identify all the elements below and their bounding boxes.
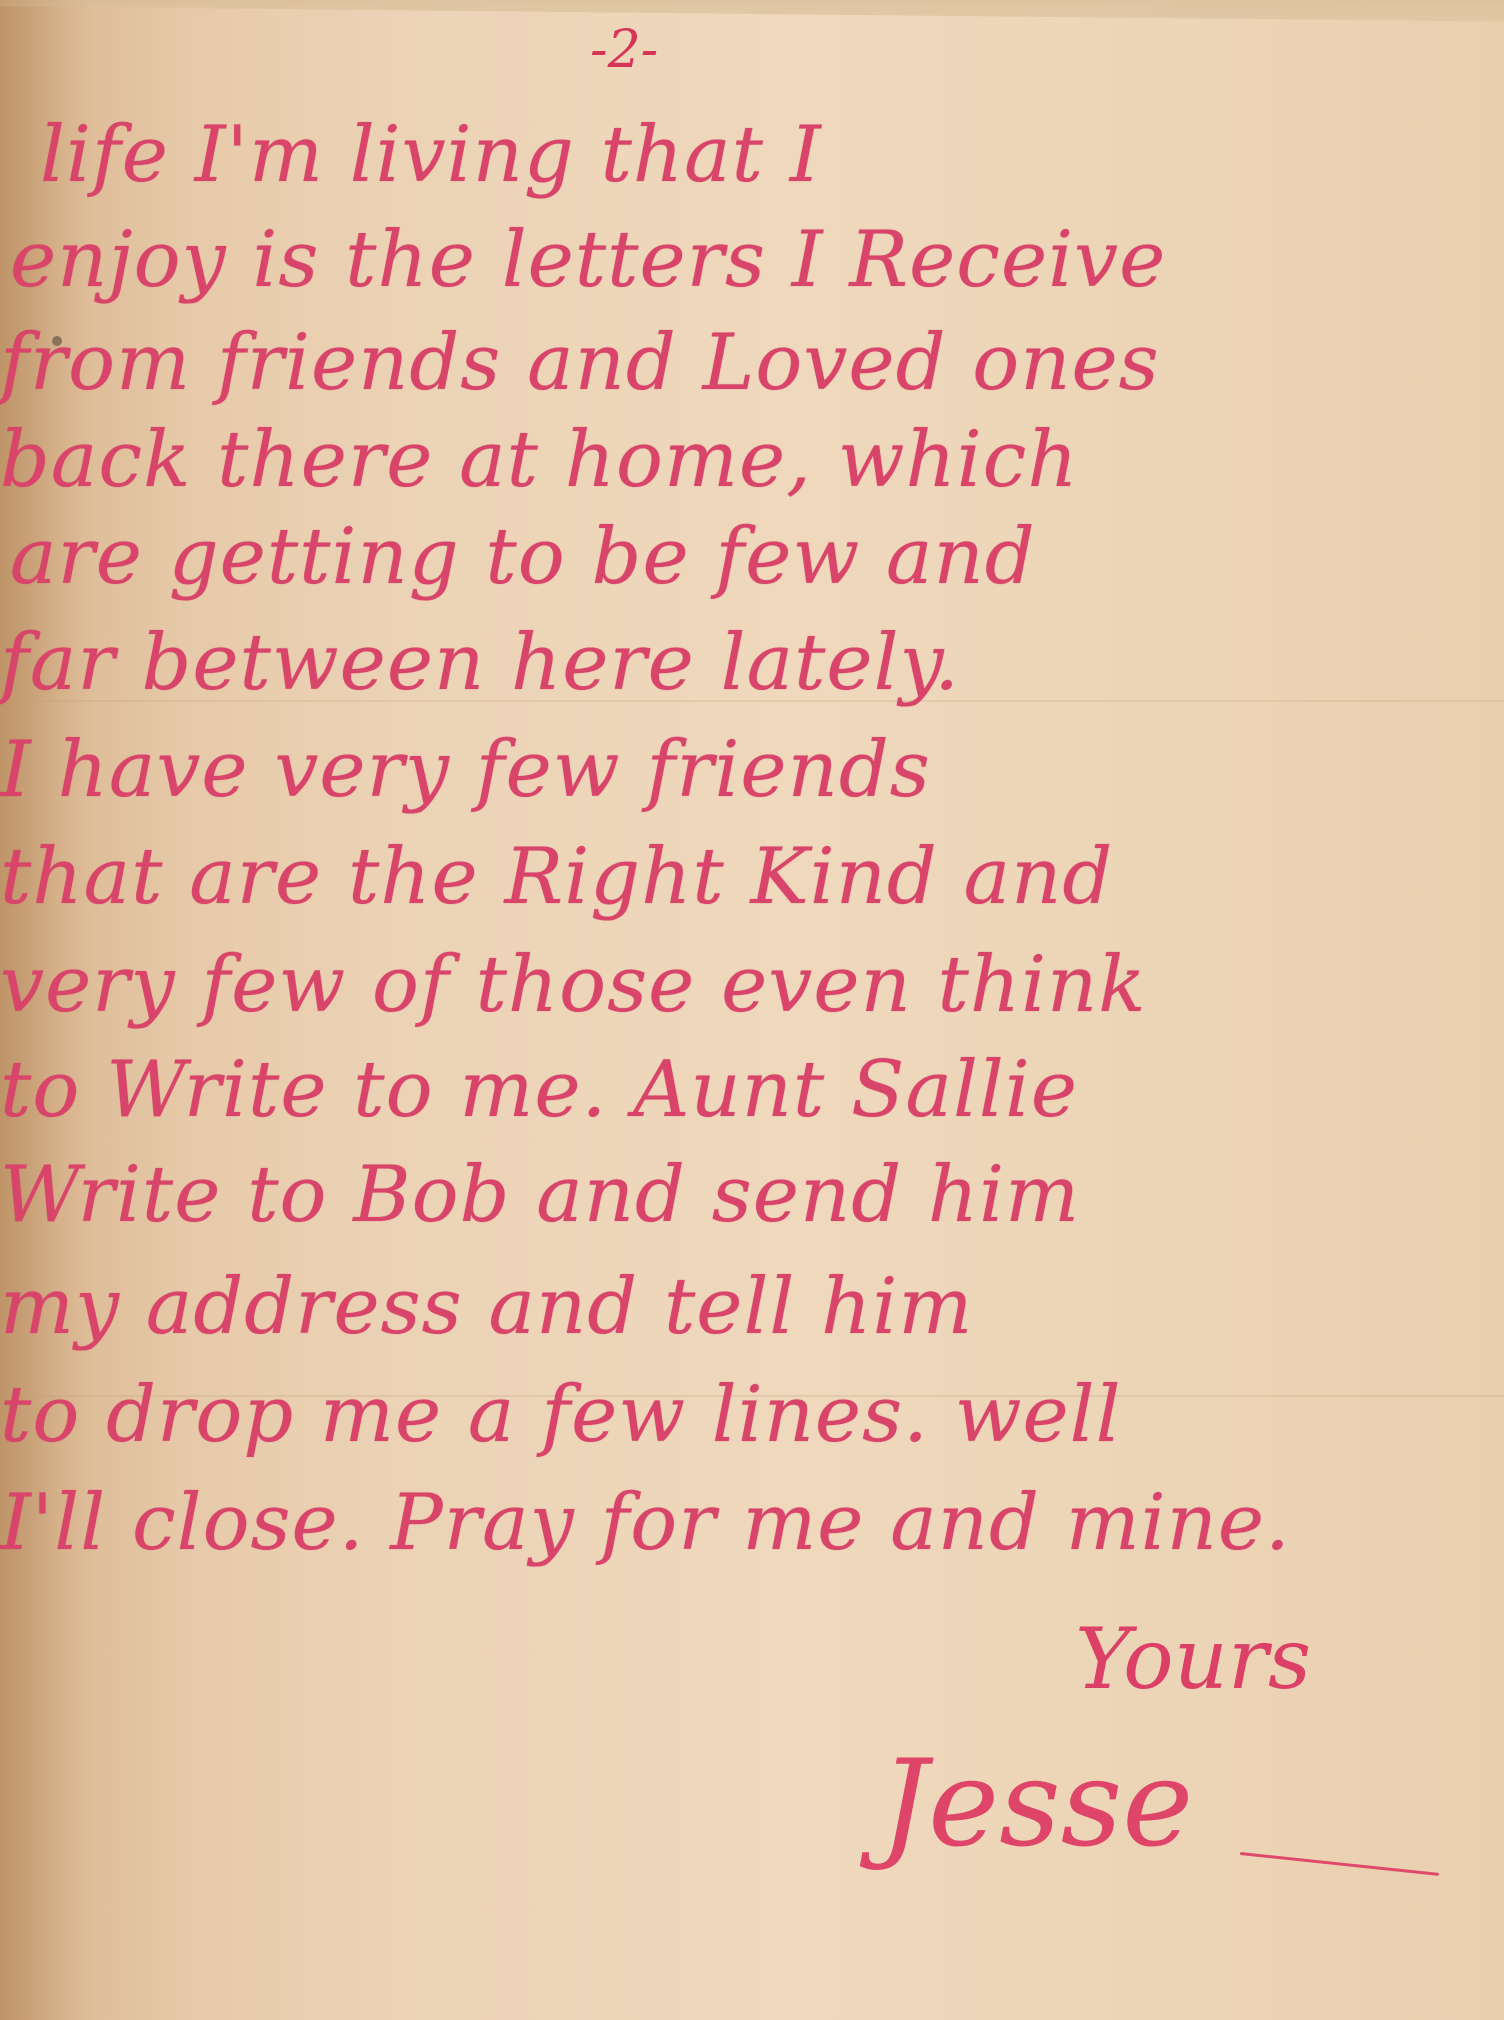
letter-line-3: from friends and Loved ones <box>0 318 1160 408</box>
letter-signature: Jesse <box>880 1735 1193 1874</box>
signature-flourish <box>1240 1852 1439 1876</box>
letter-line-13: to drop me a few lines. well <box>0 1370 1122 1460</box>
letter-line-12: my address and tell him <box>0 1262 973 1352</box>
letter-page: { "document": { "type": "handwritten-let… <box>0 0 1504 2020</box>
letter-line-6: far between here lately. <box>0 618 960 708</box>
letter-line-14: I'll close. Pray for me and mine. <box>0 1478 1291 1568</box>
letter-closing: Yours <box>1075 1610 1311 1708</box>
letter-line-1: life I'm living that I <box>40 110 822 200</box>
letter-line-4: back there at home, which <box>0 415 1079 505</box>
letter-body: -2- life I'm living that I enjoy is the … <box>0 0 1504 2020</box>
letter-line-7: I have very few friends <box>0 725 931 815</box>
letter-line-10: to Write to me. Aunt Sallie <box>0 1045 1078 1135</box>
letter-line-9: very few of those even think <box>0 940 1147 1030</box>
letter-line-8: that are the Right Kind and <box>0 832 1113 922</box>
letter-line-11: Write to Bob and send him <box>0 1150 1080 1240</box>
letter-line-5: are getting to be few and <box>10 512 1036 602</box>
letter-line-2: enjoy is the letters I Receive <box>10 215 1166 305</box>
page-number: -2- <box>590 20 658 80</box>
